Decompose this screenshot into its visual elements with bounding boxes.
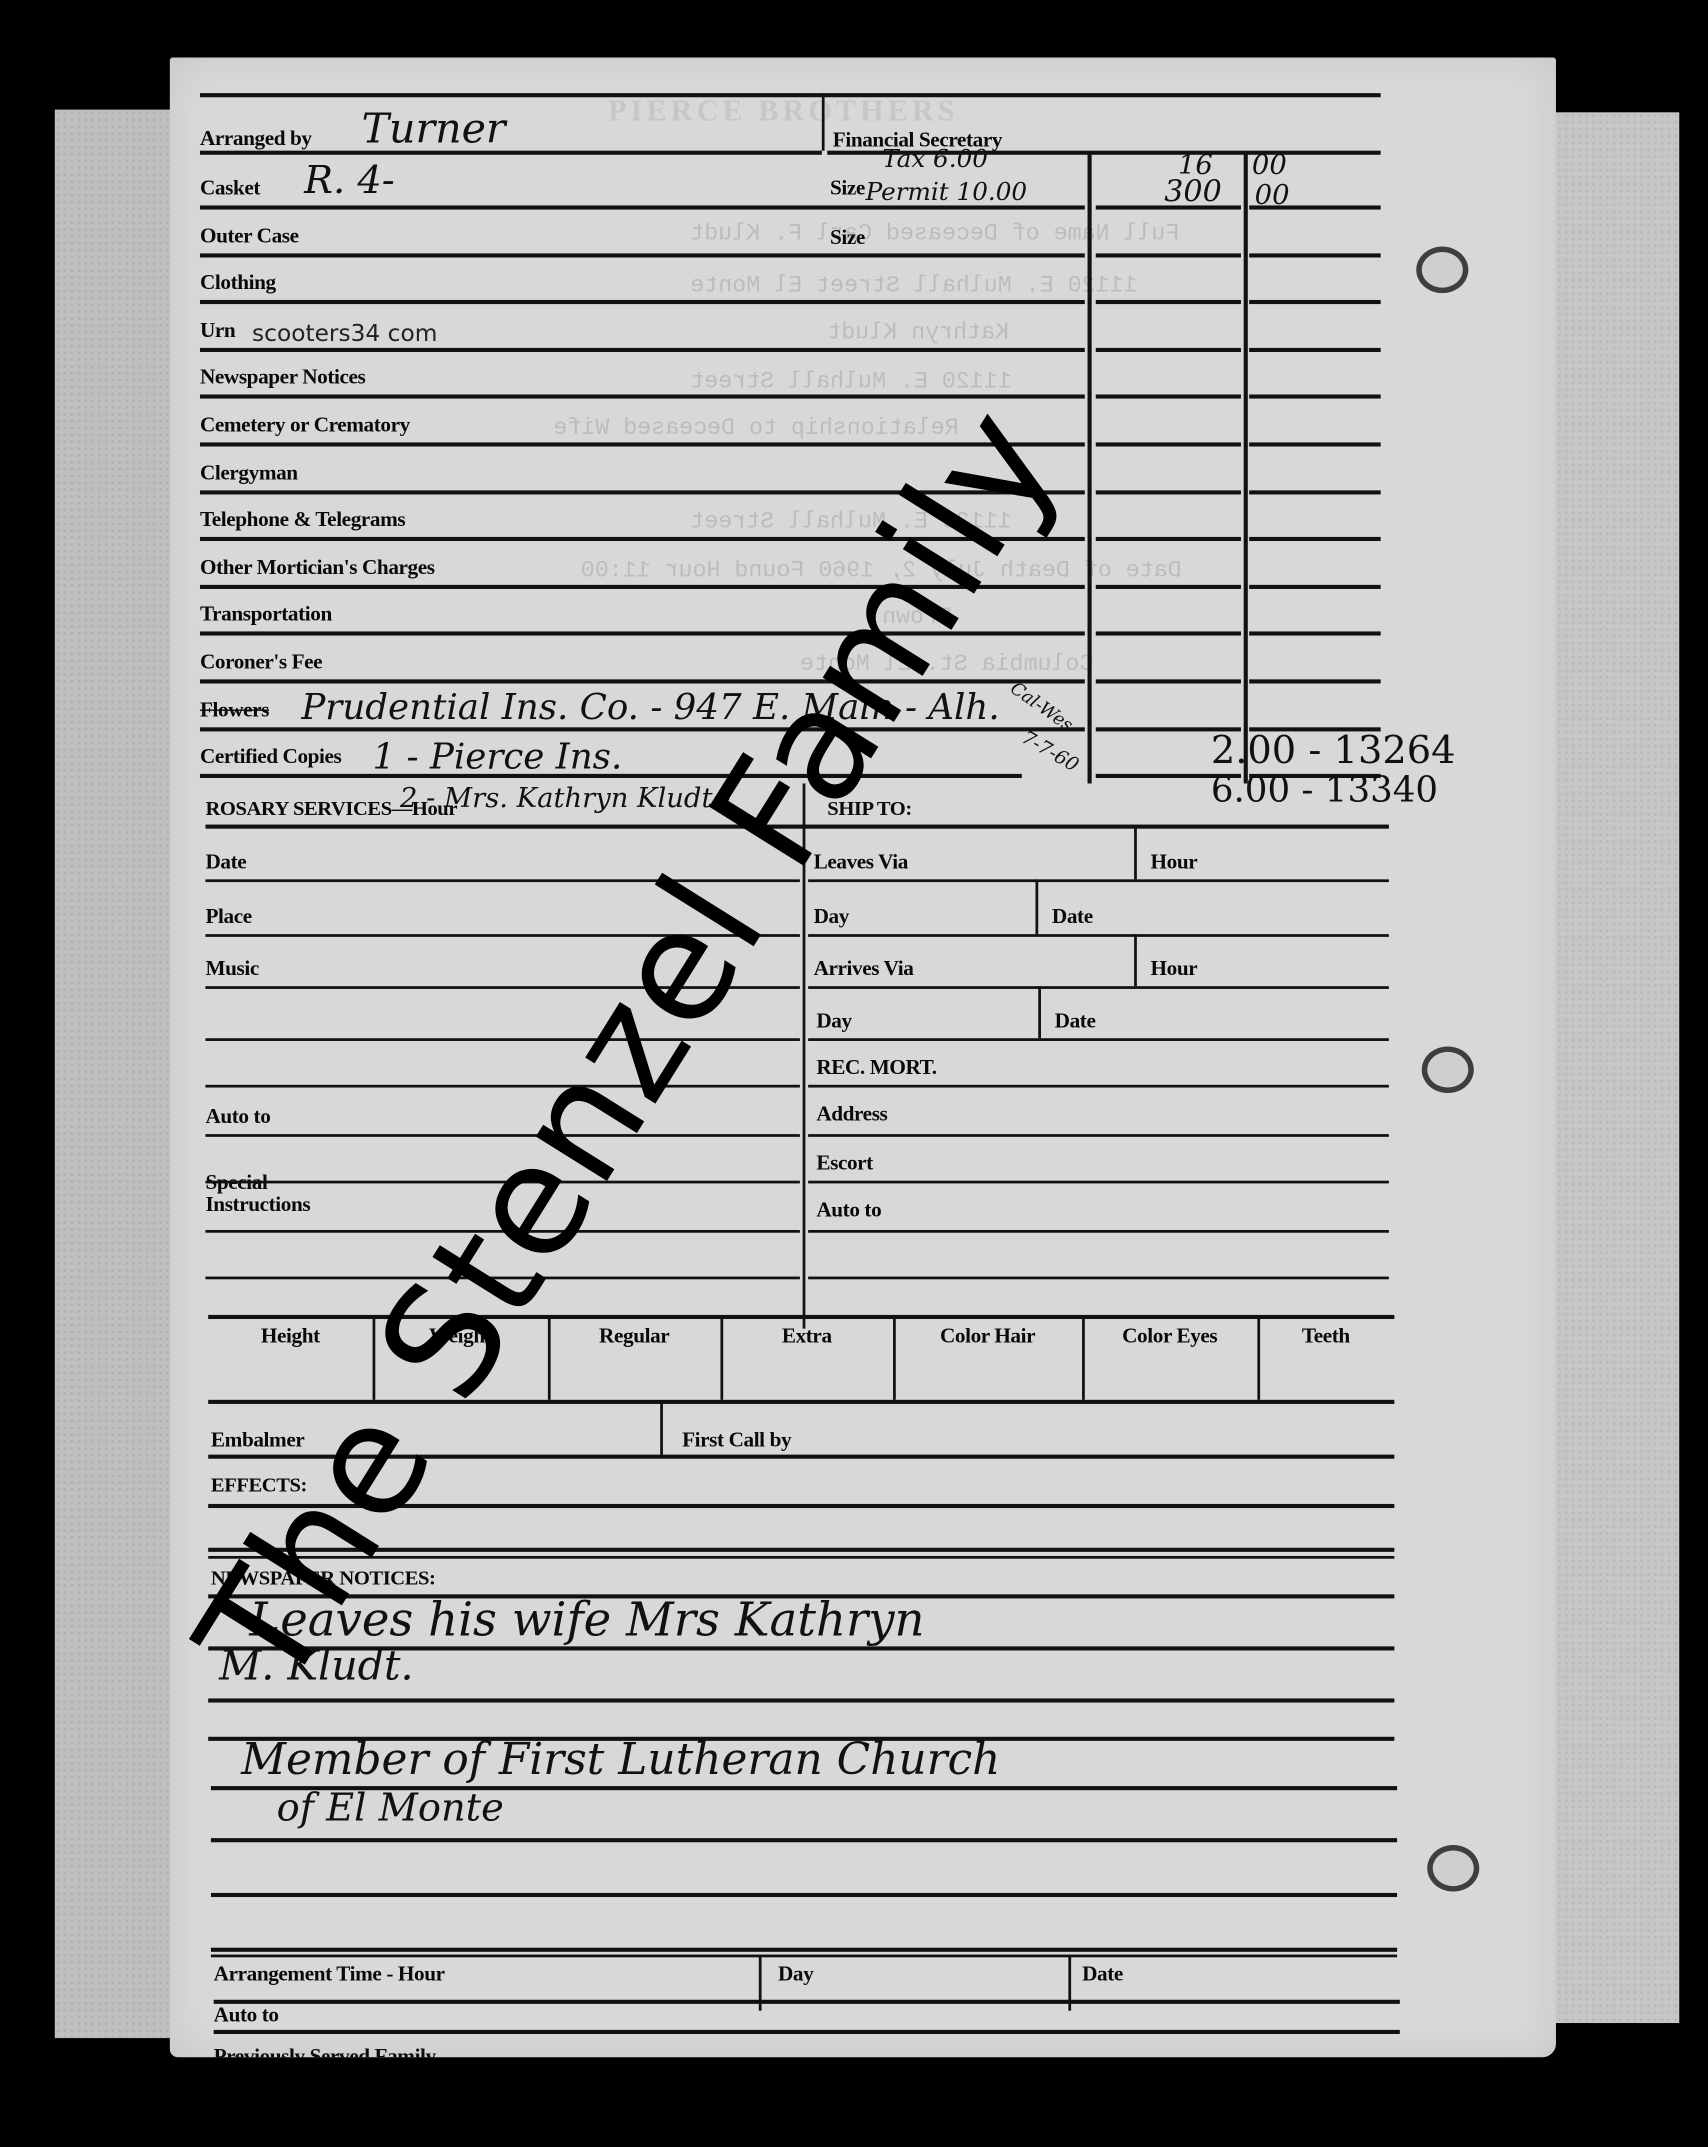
site-stamp: scooters34 com bbox=[252, 321, 437, 348]
first-call-label: First Call by bbox=[682, 1430, 791, 1451]
rosary-field-label: Auto to bbox=[205, 1107, 270, 1128]
charge-label: Cemetery or Crematory bbox=[200, 415, 410, 436]
binder-hole-icon bbox=[1422, 1046, 1474, 1093]
amount-cents: 00 bbox=[1252, 151, 1287, 178]
arranged-by-value: Turner bbox=[362, 110, 506, 151]
charge-label: Outer Case bbox=[200, 225, 299, 246]
day-label: Day bbox=[814, 907, 849, 928]
binder-hole-icon bbox=[1416, 247, 1468, 294]
ghost-text: Full Name of Deceased Carl F. Kludt bbox=[690, 222, 1179, 248]
charge-label: Newspaper Notices bbox=[200, 368, 365, 389]
rosary-services-title: ROSARY SERVICES—Hour bbox=[205, 800, 457, 821]
physical-column-header: Height bbox=[208, 1326, 372, 1347]
arrives-via-label: Arrives Via bbox=[814, 959, 914, 980]
physical-column-header: Teeth bbox=[1257, 1326, 1394, 1347]
folder-edge-right bbox=[1548, 112, 1679, 2023]
charge-label: Other Mortician's Charges bbox=[200, 557, 435, 578]
ship-to-title: SHIP TO: bbox=[827, 800, 911, 821]
ghost-text: 11120 E. Mulhall Street El Monte bbox=[690, 274, 1137, 300]
footer-date-label: Date bbox=[1082, 1964, 1123, 1985]
previously-served-label: Previously Served Family bbox=[214, 2046, 436, 2057]
size-label: Size bbox=[830, 178, 865, 199]
flowers-value: Prudential Ins. Co. - 947 E. Main - Alh. bbox=[301, 690, 999, 726]
ghost-text: Kathryn Kludt bbox=[827, 321, 1009, 347]
ghost-text: 11120 E. Mulhall Street bbox=[690, 510, 1011, 536]
scan-stage: PIERCE BROTHERS Full Name of Deceased Ca… bbox=[0, 0, 1708, 2147]
ghost-text: Columbia St. El Monte bbox=[800, 652, 1093, 678]
arranged-by-label: Arranged by bbox=[200, 129, 312, 150]
amount-dollars: 16 bbox=[1178, 151, 1213, 178]
physical-column-header: Extra bbox=[720, 1326, 893, 1347]
charge-label: Clothing bbox=[200, 273, 276, 294]
charge-label: Telephone & Telegrams bbox=[200, 510, 405, 531]
rec-mort-label: REC. MORT. bbox=[816, 1057, 936, 1078]
day-label: Day bbox=[816, 1011, 851, 1032]
charge-label: Flowers bbox=[200, 699, 269, 720]
ghost-text: 11120 E. Mulhall Street bbox=[690, 370, 1011, 396]
amount-dollars: 300 bbox=[1164, 178, 1222, 208]
charge-label: Urn bbox=[200, 320, 235, 341]
rosary-field-label: Place bbox=[205, 907, 251, 928]
amount-cents: 00 bbox=[1255, 181, 1290, 208]
footer-day-label: Day bbox=[778, 1964, 813, 1985]
ghost-text: Brown bbox=[882, 605, 952, 631]
rosary-field-label: Date bbox=[205, 852, 246, 873]
size-label: Size bbox=[830, 227, 865, 248]
date-label: Date bbox=[1055, 1011, 1096, 1032]
arrangement-time-label: Arrangement Time - Hour bbox=[214, 1964, 445, 1985]
receipt-1: 2.00 - 13264 bbox=[1211, 731, 1456, 769]
charge-label: Clergyman bbox=[200, 462, 298, 483]
approval-date: 7-7-60 bbox=[1018, 728, 1081, 775]
hour-label: Hour bbox=[1151, 959, 1198, 980]
faded-header: PIERCE BROTHERS bbox=[608, 93, 958, 129]
tax-note: Tax 6.00 bbox=[882, 148, 988, 173]
notice-line: of El Monte bbox=[277, 1789, 504, 1827]
binder-hole-icon bbox=[1427, 1845, 1479, 1892]
certified-copies-value: 1 - Pierce Ins. bbox=[373, 740, 623, 776]
physical-column-header: Weight bbox=[373, 1326, 548, 1347]
leaves-via-label: Leaves Via bbox=[814, 852, 908, 873]
charge-label: Transportation bbox=[200, 605, 332, 626]
charge-label: Casket bbox=[200, 178, 260, 199]
casket-value: R. 4- bbox=[304, 162, 395, 200]
footer-auto-to-label: Auto to bbox=[214, 2005, 279, 2026]
notice-line: Leaves his wife Mrs Kathryn bbox=[249, 1597, 924, 1644]
ship-auto-to-label: Auto to bbox=[816, 1200, 881, 1221]
physical-column-header: Regular bbox=[548, 1326, 721, 1347]
date-label: Date bbox=[1052, 907, 1093, 928]
physical-column-header: Color Hair bbox=[893, 1326, 1082, 1347]
effects-label: EFFECTS: bbox=[211, 1477, 307, 1498]
hour-label: Hour bbox=[1151, 852, 1198, 873]
newspaper-notices-label: NEWSPAPER NOTICES: bbox=[211, 1570, 436, 1591]
escort-label: Escort bbox=[816, 1153, 873, 1174]
embalmer-label: Embalmer bbox=[211, 1430, 304, 1451]
rosary-field-label: Special Instructions bbox=[205, 1172, 328, 1216]
funeral-arrangement-form: PIERCE BROTHERS Full Name of Deceased Ca… bbox=[170, 58, 1556, 2058]
address-label: Address bbox=[816, 1104, 887, 1125]
ghost-text: Relationship to Deceased Wife bbox=[553, 416, 958, 442]
charge-label: Certified Copies bbox=[200, 747, 341, 768]
charge-label: Coroner's Fee bbox=[200, 652, 322, 673]
physical-column-header: Color Eyes bbox=[1082, 1326, 1257, 1347]
notice-line: M. Kludt. bbox=[219, 1646, 413, 1687]
rosary-field-label: Music bbox=[205, 959, 258, 980]
notice-line: Member of First Lutheran Church bbox=[241, 1737, 1000, 1781]
permit-note: Permit 10.00 bbox=[866, 181, 1027, 206]
